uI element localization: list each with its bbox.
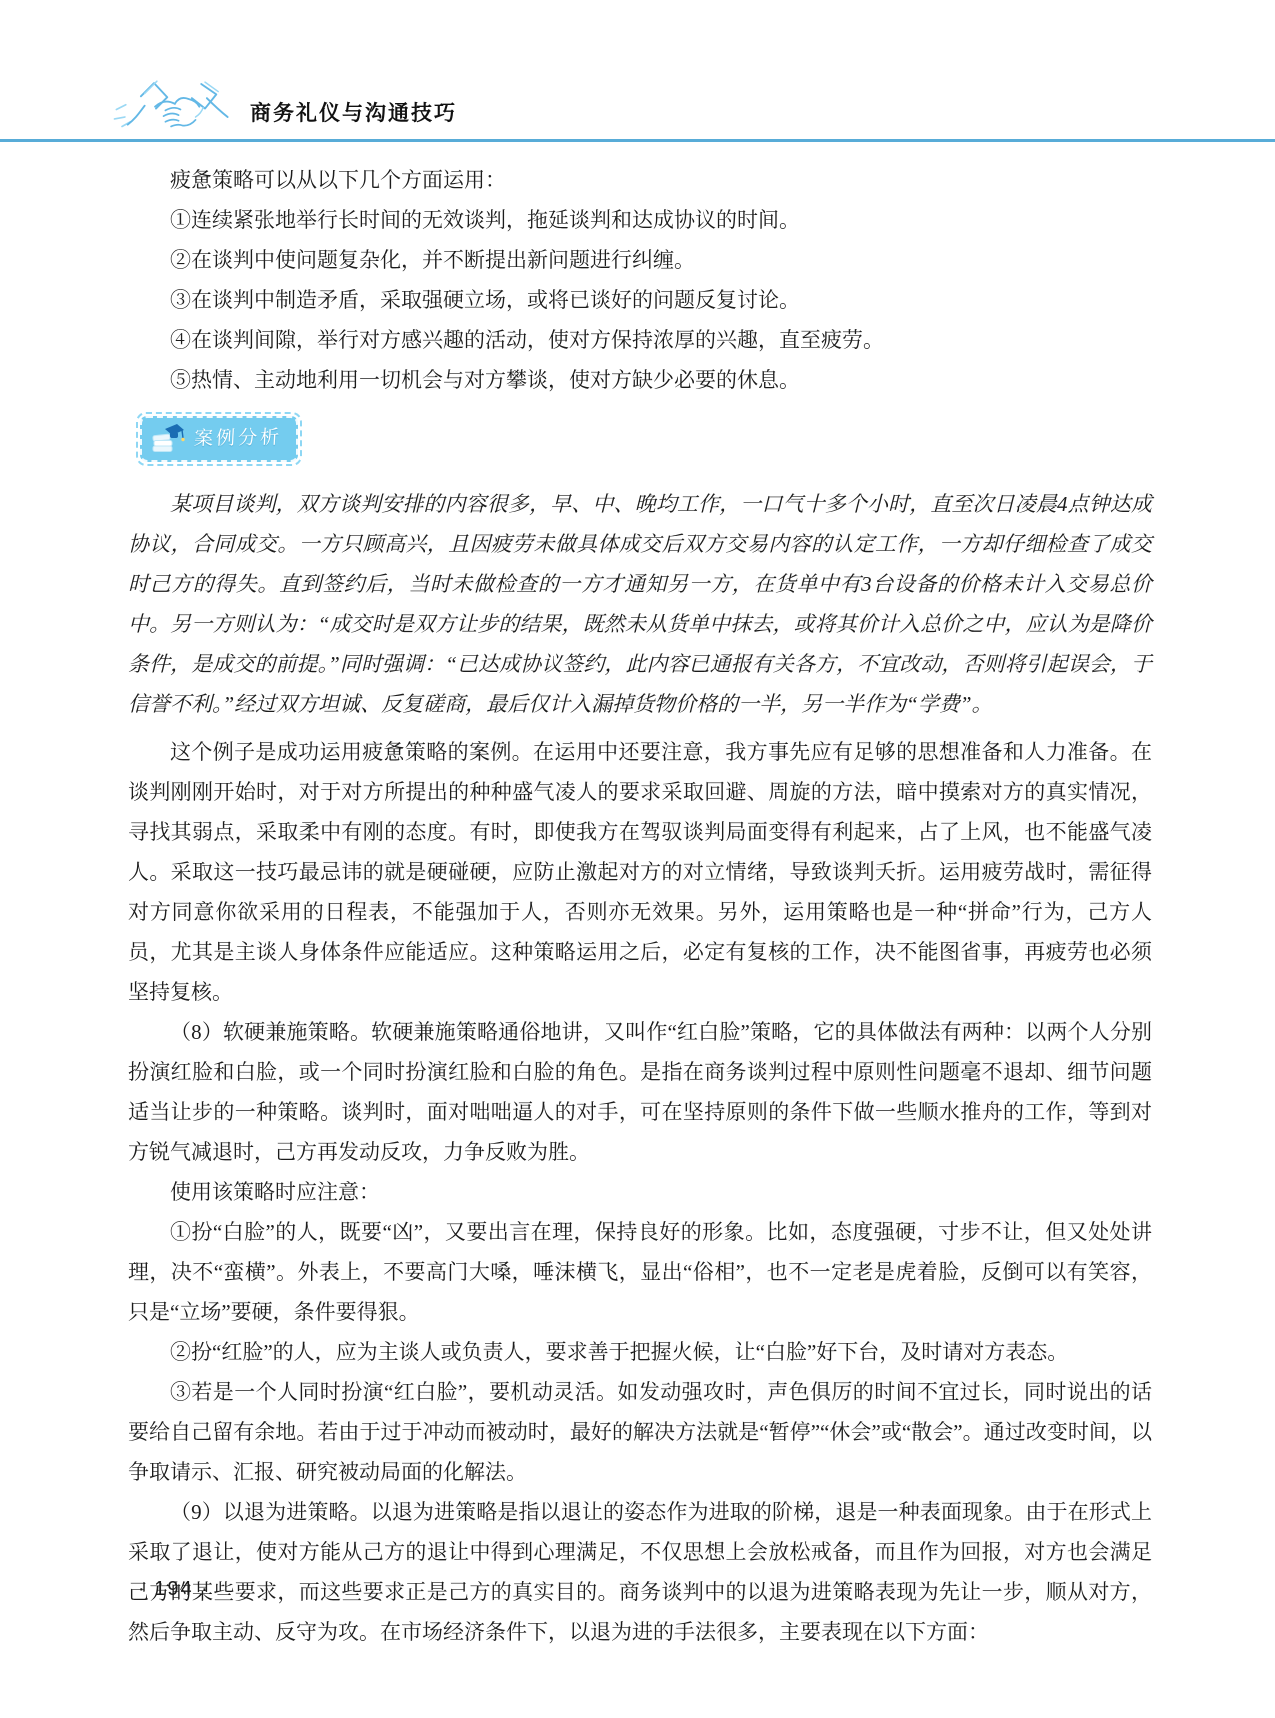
page-number: · 194 ·: [138, 1578, 210, 1601]
intro-lead: 疲惫策略可以从以下几个方面运用：: [128, 160, 1152, 200]
body-paragraph-4: ①扮“白脸”的人，既要“凶”，又要出言在理，保持良好的形象。比如，态度强硬，寸步…: [128, 1212, 1152, 1332]
case-analysis-badge: 案例分析: [136, 412, 302, 466]
body-paragraph-7: （9）以退为进策略。以退为进策略是指以退让的姿态作为进取的阶梯，退是一种表面现象…: [128, 1492, 1152, 1652]
handshake-icon: [108, 68, 236, 134]
page-title: 商务礼仪与沟通技巧: [250, 97, 457, 127]
case-analysis-label: 案例分析: [193, 418, 283, 460]
list-item-4: ④在谈判间隙，举行对方感兴趣的活动，使对方保持浓厚的兴趣，直至疲劳。: [128, 320, 1152, 360]
page-header: 商务礼仪与沟通技巧: [0, 0, 1275, 141]
body-paragraph-5: ②扮“红脸”的人，应为主谈人或负责人，要求善于把握火候，让“白脸”好下台，及时请…: [128, 1332, 1152, 1372]
header-divider: [0, 139, 1275, 142]
page-body: 疲惫策略可以从以下几个方面运用： ①连续紧张地举行长时间的无效谈判，拖延谈判和达…: [128, 160, 1152, 1652]
list-item-5: ⑤热情、主动地利用一切机会与对方攀谈，使对方缺少必要的休息。: [128, 360, 1152, 400]
body-paragraph-3: 使用该策略时应注意：: [128, 1172, 1152, 1212]
books-graduation-cap-icon: [150, 420, 186, 452]
list-item-1: ①连续紧张地举行长时间的无效谈判，拖延谈判和达成协议的时间。: [128, 200, 1152, 240]
body-paragraph-1: 这个例子是成功运用疲惫策略的案例。在运用中还要注意，我方事先应有足够的思想准备和…: [128, 732, 1152, 1012]
list-item-3: ③在谈判中制造矛盾，采取强硬立场，或将已谈好的问题反复讨论。: [128, 280, 1152, 320]
list-item-2: ②在谈判中使问题复杂化，并不断提出新问题进行纠缠。: [128, 240, 1152, 280]
body-paragraph-6: ③若是一个人同时扮演“红白脸”，要机动灵活。如发动强攻时，声色俱厉的时间不宜过长…: [128, 1372, 1152, 1492]
case-study-paragraph: 某项目谈判，双方谈判安排的内容很多，早、中、晚均工作，一口气十多个小时，直至次日…: [128, 484, 1152, 724]
body-paragraph-2: （8）软硬兼施策略。软硬兼施策略通俗地讲，又叫作“红白脸”策略，它的具体做法有两…: [128, 1012, 1152, 1172]
